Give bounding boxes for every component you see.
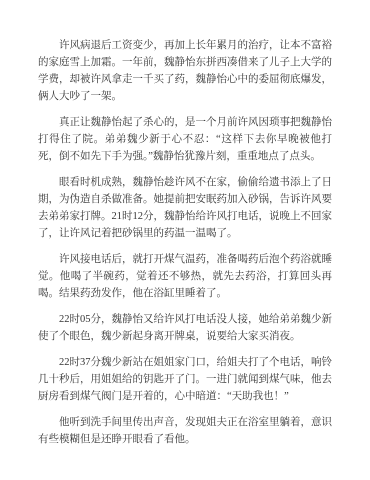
paragraph-3: 眼看时机成熟，魏静怡趁许风不在家，偷偷给遗书添上了日期，为伪造自杀做准备。她提前… [38, 174, 332, 242]
paragraph-7: 他听到洗手间里传出声音，发现姐夫正在浴室里躺着，意识有些模糊但是还睁开眼看了看他… [38, 414, 332, 448]
paragraph-5: 22时05分，魏静怡又给许风打电话没人接，她给弟弟魏少新使了个眼色，魏少新起身离… [38, 311, 332, 345]
paragraph-1: 许风病退后工资变少，再加上长年累月的治疗，让本不富裕的家庭雪上加霜。一年前，魏静… [38, 37, 332, 105]
document-page: 许风病退后工资变少，再加上长年累月的治疗，让本不富裕的家庭雪上加霜。一年前，魏静… [0, 0, 370, 480]
paragraph-4: 许风接电话后，就打开煤气温药，准备喝药后泡个药浴就睡觉。他喝了半碗药，觉着还不够… [38, 251, 332, 302]
paragraph-6: 22时37分魏少新站在姐姐家门口，给姐夫打了个电话，响铃几十秒后，用姐姐给的钥匙… [38, 354, 332, 405]
paragraph-2: 真正让魏静怡起了杀心的，是一个月前许风因琐事把魏静怡打得住了院。弟弟魏少新于心不… [38, 114, 332, 165]
